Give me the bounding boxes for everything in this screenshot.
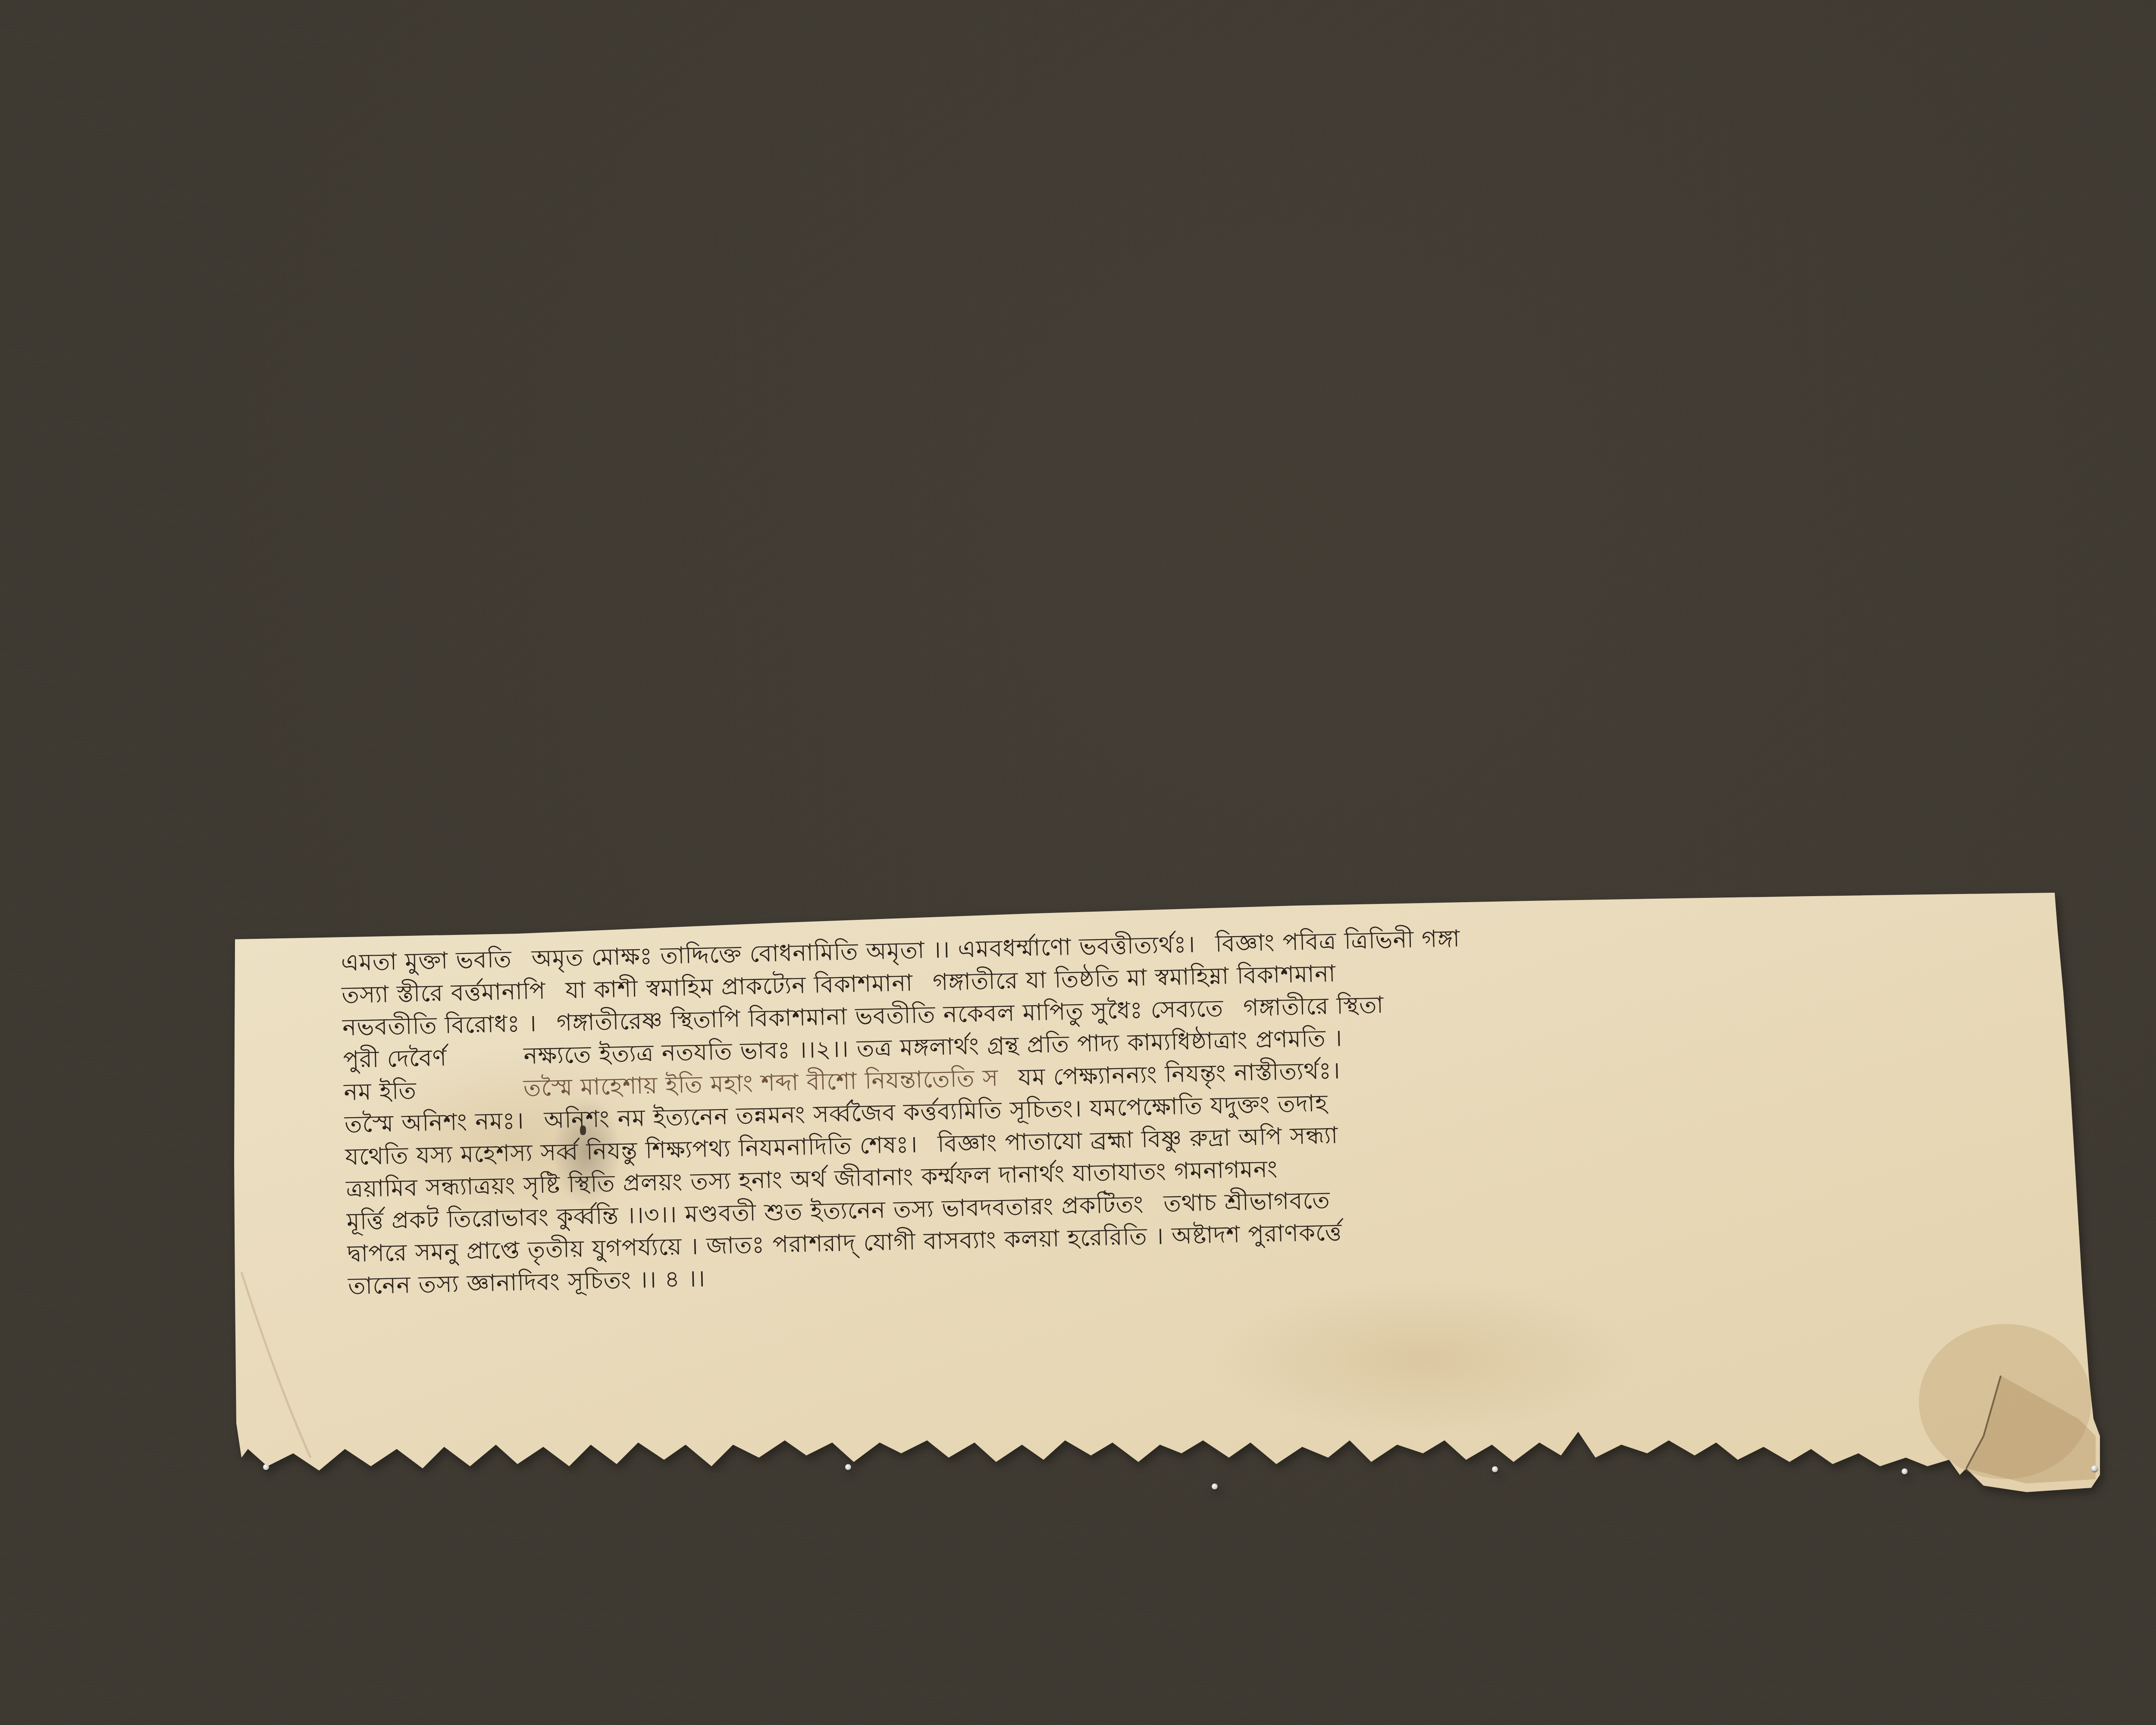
line-segment: এমতা মুক্তা ভবতি (341, 943, 512, 979)
mounting-pin (1902, 1468, 1908, 1474)
mounting-pin (845, 1464, 851, 1470)
line-segment: তস্যা স্তীরে বর্ত্তমানাপি (342, 975, 546, 1011)
line-segment: তস্মৈ অনিশং নমঃ। (344, 1104, 524, 1141)
manuscript-text: এমতা মুক্তা ভবতি অমৃত মোক্ষঃ তাদ্দিক্তে … (341, 912, 1943, 1302)
mounting-pin (1212, 1483, 1218, 1490)
mounting-pin (263, 1464, 269, 1470)
photo-scene: এমতা মুক্তা ভবতি অমৃত মোক্ষঃ তাদ্দিক্তে … (0, 0, 2156, 1725)
line-segment: তথাচ শ্রীভাগবতে (1163, 1184, 1331, 1220)
line-segment: নভবতীতি বিরোধঃ । (342, 1007, 537, 1044)
line-segment: গঙ্গাতীরে স্থিতা (1243, 988, 1384, 1024)
line-segment: পুরী দেবৈর্ণ (343, 1041, 447, 1076)
paper-shape (0, 0, 2156, 1725)
mounting-pin (1492, 1466, 1498, 1472)
manuscript-fragment: এমতা মুক্তা ভবতি অমৃত মোক্ষঃ তাদ্দিক্তে … (0, 0, 2156, 1725)
line-segment: বিজ্ঞাং পবিত্র ত্রিভিনী গঙ্গা (1215, 922, 1460, 960)
mounting-pin (2091, 1465, 2097, 1471)
line-segment: নম ইতি (344, 1074, 417, 1108)
